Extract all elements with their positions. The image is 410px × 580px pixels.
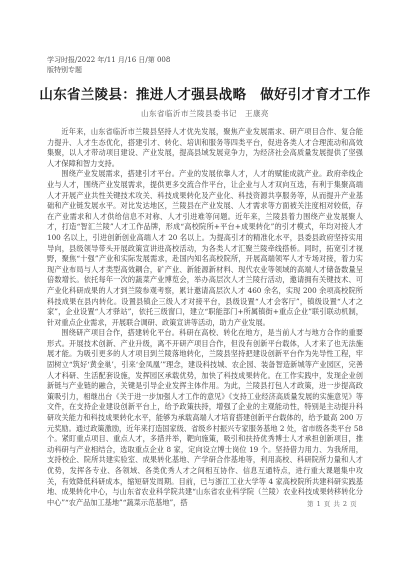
document-page: 学习时报/2022 年/11 月/16 日/第 008 版特别专题 山东省兰陵县… — [0, 0, 410, 580]
paragraph: 近年来，山东省临沂市兰陵县坚持人才优先发展，聚焦产业发展需求、研产项目合作、复合… — [47, 127, 363, 169]
article-author: 山东省临沂市兰陵县委书记 王康亮 — [0, 108, 410, 119]
paragraph: 围绕产业发展需求，搭建引才平台。产业的发展依靠人才，人才的赋能成就产业。政府牵线… — [47, 169, 363, 328]
publication-source: 学习时报/2022 年/11 月/16 日/第 008 — [47, 55, 170, 65]
article-title: 山东省兰陵县：推进人才强县战略 做好引才育才工作 — [0, 83, 410, 103]
article-body: 近年来，山东省临沂市兰陵县坚持人才优先发展，聚焦产业发展需求、研产项目合作、复合… — [47, 127, 363, 508]
publication-section: 版特别专题 — [47, 65, 170, 75]
publication-meta: 学习时报/2022 年/11 月/16 日/第 008 版特别专题 — [47, 55, 170, 75]
page-number: 第 1 页 共 2 页 — [307, 499, 357, 508]
paragraph: 围绕研产项目合作，搭建转化平台。科研在高校、转化在地方，是当前人才与地方合作的重… — [47, 328, 363, 508]
